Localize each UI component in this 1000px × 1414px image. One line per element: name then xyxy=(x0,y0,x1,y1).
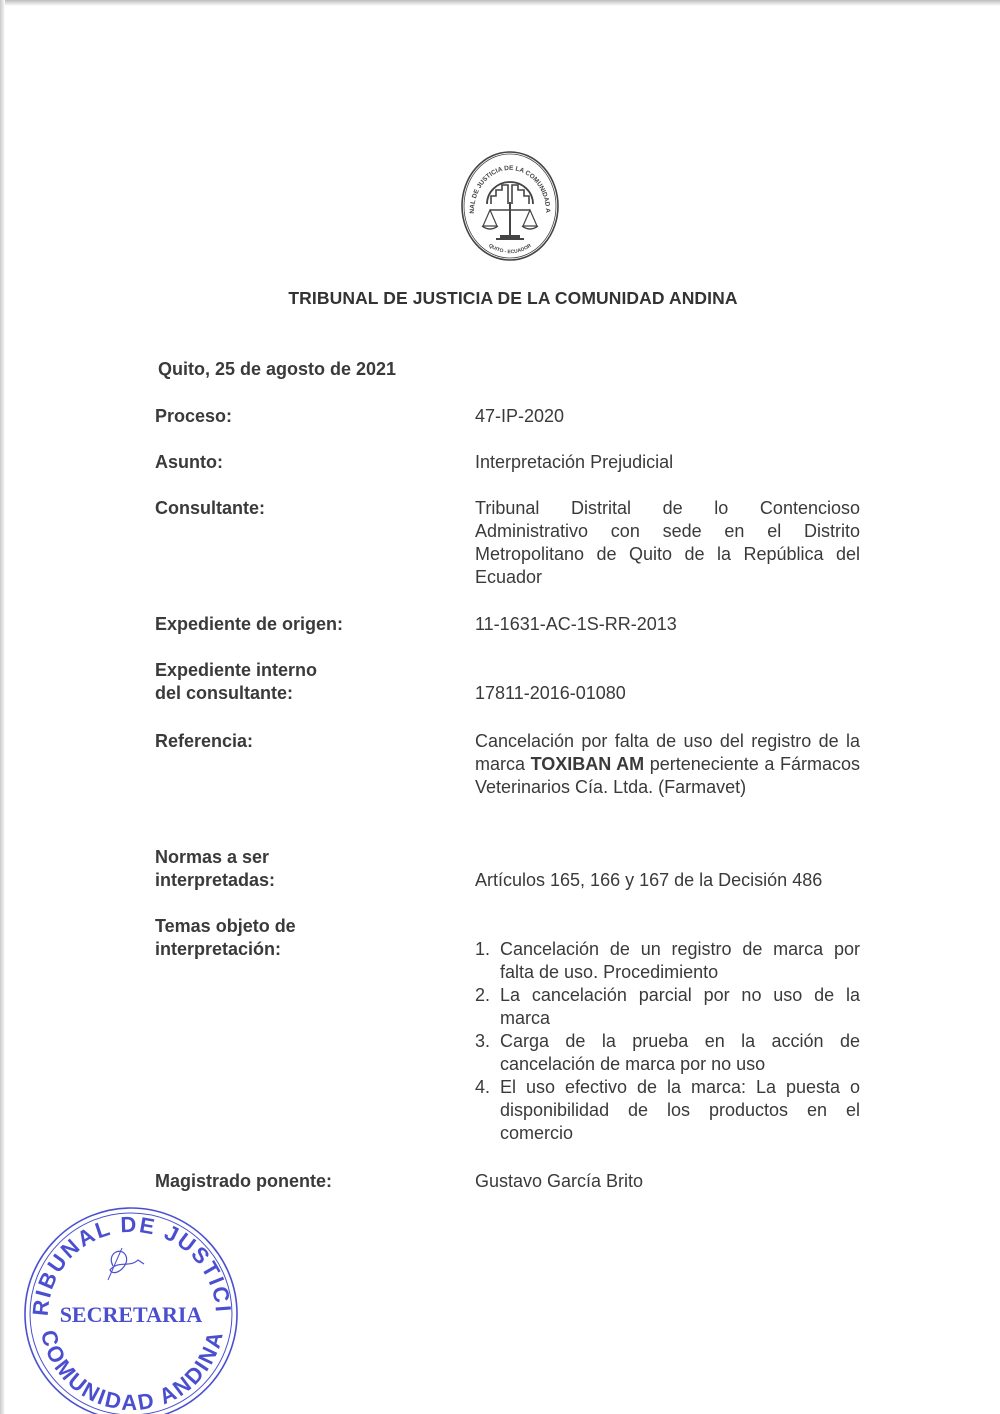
institution-title: TRIBUNAL DE JUSTICIA DE LA COMUNIDAD AND… xyxy=(0,288,1000,309)
expediente-interno-label-line1: Expediente interno xyxy=(155,659,455,682)
referencia-value: Cancelación por falta de uso del registr… xyxy=(475,730,860,799)
expediente-origen-label: Expediente de origen: xyxy=(155,613,455,636)
referencia-label: Referencia: xyxy=(155,730,455,753)
temas-list: 1.Cancelación de un registro de marca po… xyxy=(475,938,860,1145)
temas-label-line2: interpretación: xyxy=(155,938,455,961)
expediente-interno-label-line2: del consultante: xyxy=(155,682,455,705)
temas-item: 3.Carga de la prueba en la acción de can… xyxy=(475,1030,860,1076)
signature-mark xyxy=(110,1251,144,1272)
temas-label: Temas objeto de interpretación: xyxy=(155,915,455,961)
scan-edge-left xyxy=(0,0,5,1414)
temas-item: 1.Cancelación de un registro de marca po… xyxy=(475,938,860,984)
expediente-interno-label: Expediente interno del consultante: xyxy=(155,659,455,705)
proceso-value: 47-IP-2020 xyxy=(475,405,860,428)
temas-item: 2.La cancelación parcial por no uso de l… xyxy=(475,984,860,1030)
temas-item: 4.El uso efectivo de la marca: La puesta… xyxy=(475,1076,860,1145)
stamp-ring-bottom: COMUNIDAD ANDINA xyxy=(36,1327,228,1414)
asunto-label: Asunto: xyxy=(155,451,455,474)
expediente-origen-value: 11-1631-AC-1S-RR-2013 xyxy=(475,613,860,636)
consultante-label: Consultante: xyxy=(155,497,455,520)
temas-label-line1: Temas objeto de xyxy=(155,915,455,938)
scan-edge-top xyxy=(0,0,1000,6)
asunto-value: Interpretación Prejudicial xyxy=(475,451,860,474)
svg-text:COMUNIDAD ANDINA: COMUNIDAD ANDINA xyxy=(36,1327,228,1414)
magistrado-value: Gustavo García Brito xyxy=(475,1170,860,1193)
normas-value: Artículos 165, 166 y 167 de la Decisión … xyxy=(475,869,860,892)
normas-label-line2: interpretadas: xyxy=(155,869,455,892)
trademark-name: TOXIBAN AM xyxy=(531,754,645,774)
proceso-label: Proceso: xyxy=(155,405,455,428)
court-seal-icon: TRIBUNAL DE JUSTICIA DE LA COMUNIDAD AND… xyxy=(460,150,560,262)
normas-label: Normas a ser interpretadas: xyxy=(155,846,455,892)
secretaria-stamp-icon: TRIBUNAL DE JUSTICIA COMUNIDAD ANDINA SE… xyxy=(18,1198,244,1414)
expediente-interno-value: 17811-2016-01080 xyxy=(475,682,860,705)
date-line: Quito, 25 de agosto de 2021 xyxy=(158,359,396,380)
stamp-center-text: SECRETARIA xyxy=(60,1302,203,1327)
magistrado-label: Magistrado ponente: xyxy=(155,1170,455,1193)
consultante-value: Tribunal Distrital de lo Contencioso Adm… xyxy=(475,497,860,589)
svg-text:QUITO - ECUADOR: QUITO - ECUADOR xyxy=(487,243,533,256)
normas-label-line1: Normas a ser xyxy=(155,846,455,869)
